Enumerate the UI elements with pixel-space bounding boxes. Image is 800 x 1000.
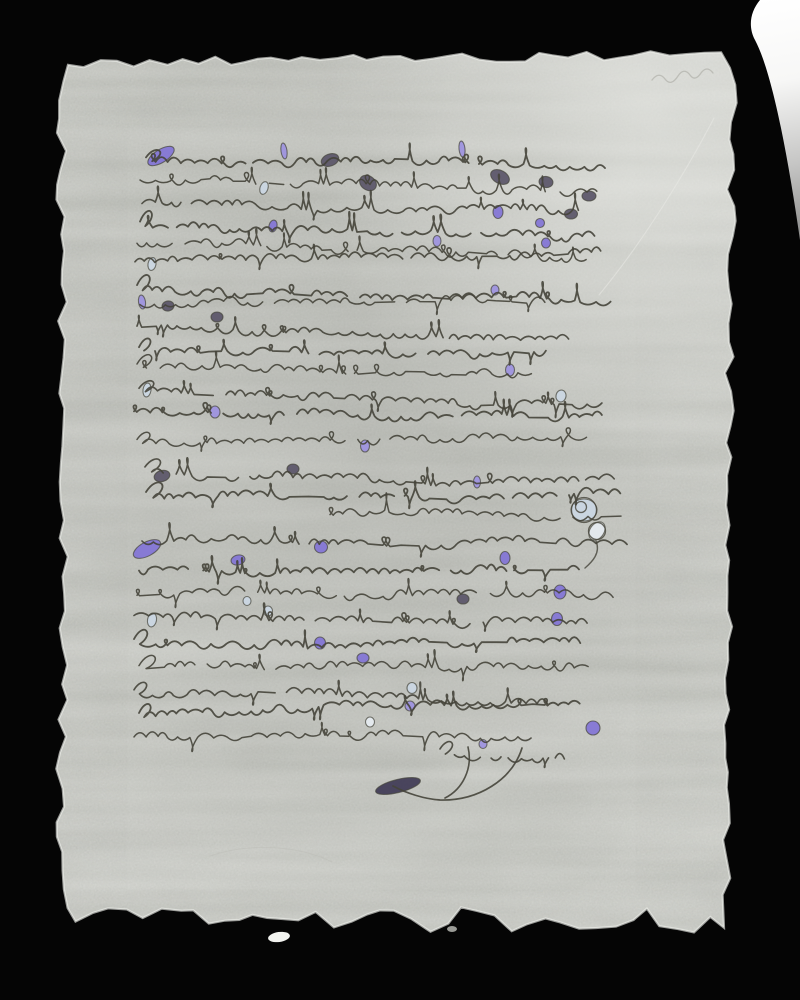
asemic-manuscript-art: [0, 0, 800, 1000]
artwork-photo: [0, 0, 800, 1000]
artwork-svg: [0, 0, 800, 1000]
